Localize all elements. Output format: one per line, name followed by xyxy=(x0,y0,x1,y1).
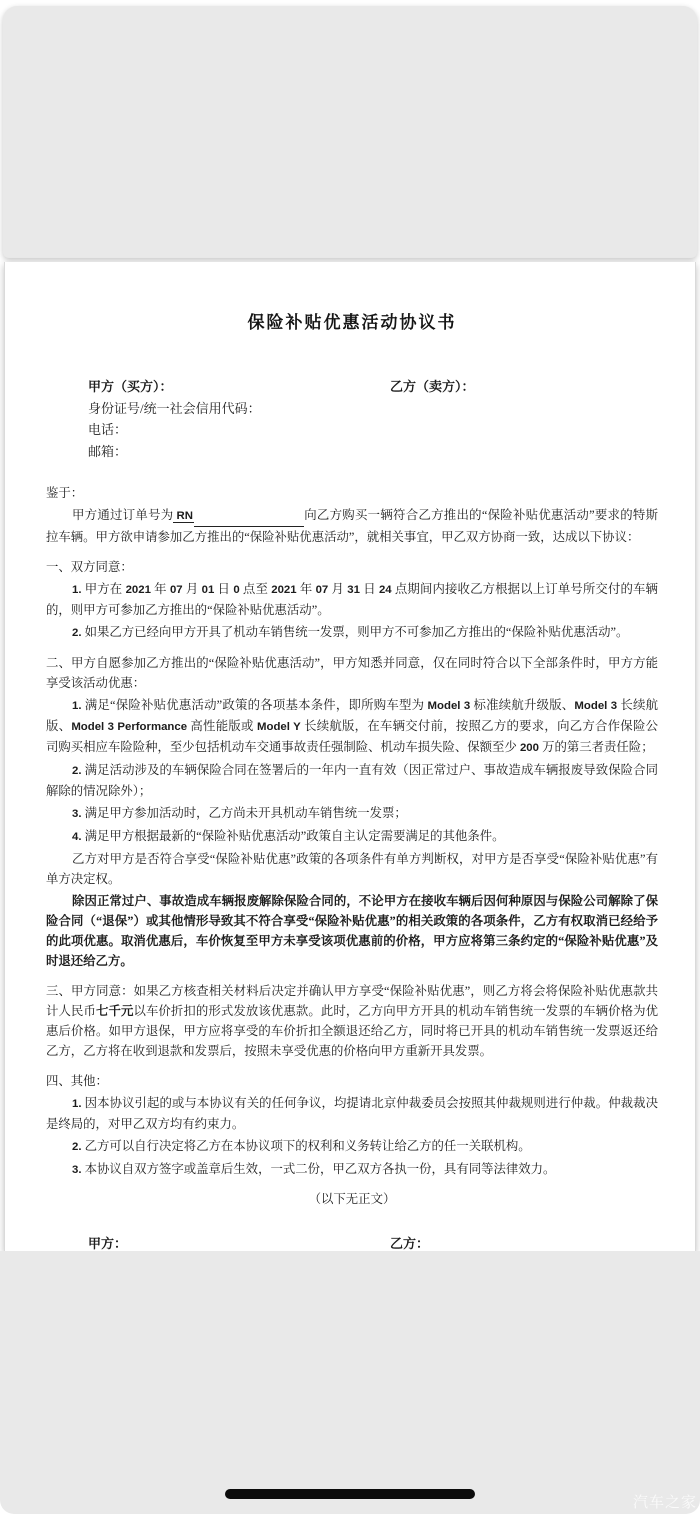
signature-row: 甲方： 乙方： xyxy=(46,1234,658,1251)
latin-text-run: 2. xyxy=(72,765,82,777)
contract-paragraph: 除因正常过户、事故造成车辆报废解除保险合同的，不论甲方在接收车辆后因何种原因与保… xyxy=(46,891,658,971)
contract-paragraph: 2. 满足活动涉及的车辆保险合同在签署后的一年内一直有效（因正常过户、事故造成车… xyxy=(46,760,658,801)
latin-text-run: 4. xyxy=(72,831,82,843)
seller-label: 乙方（卖方）： xyxy=(390,376,658,398)
contract-paragraph: 3. 本协议自双方签字或盖章后生效，一式二份，甲乙双方各执一份，具有同等法律效力… xyxy=(46,1159,658,1180)
contract-paragraph: 乙方对甲方是否符合享受“保险补贴优惠”政策的各项条件有单方判断权，对甲方是否享受… xyxy=(46,849,658,889)
latin-text-run: Model 3 Performance xyxy=(71,721,187,733)
watermark: 汽车之家 xyxy=(633,1491,697,1512)
order-number-blank-line xyxy=(194,514,304,527)
phone-label: 电话： xyxy=(46,419,390,441)
section-paragraph: 四、其他： xyxy=(46,1071,658,1091)
section-paragraph: 二、甲方自愿参加乙方推出的“保险补贴优惠活动”，甲方知悉并同意，仅在同时符合以下… xyxy=(46,653,658,693)
id-number-label: 身份证号/统一社会信用代码： xyxy=(46,398,390,420)
latin-text-run: 2. xyxy=(72,1141,82,1153)
latin-text-run: 2021 xyxy=(271,584,296,596)
latin-text-run: 24 xyxy=(379,584,392,596)
contract-body: 鉴于：甲方通过订单号为RN向乙方购买一辆符合乙方推出的“保险补贴优惠活动”要求的… xyxy=(46,483,658,1209)
contract-paragraph: 甲方通过订单号为RN向乙方购买一辆符合乙方推出的“保险补贴优惠活动”要求的特斯拉… xyxy=(46,505,658,547)
latin-text-run: 200 xyxy=(520,742,539,754)
latin-text-run: Model 3 xyxy=(428,700,471,712)
latin-text-run: 07 xyxy=(170,584,183,596)
latin-text-run: 0 xyxy=(233,584,239,596)
latin-text-run: 1. xyxy=(72,584,82,596)
latin-text-run: 3. xyxy=(72,808,82,820)
document-title: 保险补贴优惠活动协议书 xyxy=(46,308,658,333)
phone-screen: 保险补贴优惠活动协议书 甲方（买方）： 乙方（卖方）： 身份证号/统一社会信用代… xyxy=(0,0,700,1514)
home-indicator[interactable] xyxy=(225,1489,475,1499)
party-a-signature-label: 甲方： xyxy=(46,1234,390,1251)
contract-paragraph: 1. 甲方在 2021 年 07 月 01 日 0 点至 2021 年 07 月… xyxy=(46,579,658,620)
latin-text-run: 1. xyxy=(72,1098,82,1110)
latin-text-run: 31 xyxy=(347,584,360,596)
latin-text-run: 2021 xyxy=(126,584,151,596)
signature-block: 甲方： 乙方： 签字/盖章： 签字/盖章： 日期： 日期： xyxy=(46,1234,658,1251)
latin-text-run: 1. xyxy=(72,700,82,712)
section-paragraph: 三、甲方同意：如果乙方核查相关材料后决定并确认甲方享受“保险补贴优惠”，则乙方将… xyxy=(46,981,658,1061)
contract-paragraph: 2. 如果乙方已经向甲方开具了机动车销售统一发票，则甲方不可参加乙方推出的“保险… xyxy=(46,622,658,643)
latin-text-run: 07 xyxy=(316,584,329,596)
parties-block: 甲方（买方）： 乙方（卖方）： 身份证号/统一社会信用代码： 电话： 邮箱： xyxy=(46,376,658,462)
contract-paragraph: 2. 乙方可以自行决定将乙方在本协议项下的权利和义务转让给乙方的任一关联机构。 xyxy=(46,1136,658,1157)
latin-text-run: Model 3 xyxy=(574,700,617,712)
buyer-label: 甲方（买方）： xyxy=(46,376,390,398)
latin-text-run: 2. xyxy=(72,627,82,639)
party-b-signature-label: 乙方： xyxy=(390,1234,658,1251)
contract-paragraph: （以下无正文） xyxy=(46,1189,658,1209)
parties-row: 邮箱： xyxy=(46,441,658,463)
contract-paragraph: 3. 满足甲方参加活动时，乙方尚未开具机动车销售统一发票； xyxy=(46,803,658,824)
parties-row: 甲方（买方）： 乙方（卖方）： xyxy=(46,376,658,398)
bottom-bar: 汽车之家 xyxy=(0,1251,700,1514)
parties-row: 身份证号/统一社会信用代码： xyxy=(46,398,658,420)
latin-text-run: 3. xyxy=(72,1164,82,1176)
section-paragraph: 一、双方同意： xyxy=(46,557,658,577)
contract-paragraph: 1. 因本协议引起的或与本协议有关的任何争议，均提请北京仲裁委员会按照其仲裁规则… xyxy=(46,1093,658,1134)
contract-paragraph: 鉴于： xyxy=(46,483,658,503)
previous-page-placeholder xyxy=(3,6,697,258)
contract-paragraph: 1. 满足“保险补贴优惠活动”政策的各项基本条件，即所购车型为 Model 3 … xyxy=(46,695,658,758)
latin-text-run: Model Y xyxy=(257,721,301,733)
order-number-prefix: RN xyxy=(173,510,193,523)
parties-row: 电话： xyxy=(46,419,658,441)
contract-paragraph: 4. 满足甲方根据最新的“保险补贴优惠活动”政策自主认定需要满足的其他条件。 xyxy=(46,826,658,847)
document-page[interactable]: 保险补贴优惠活动协议书 甲方（买方）： 乙方（卖方）： 身份证号/统一社会信用代… xyxy=(4,262,696,1251)
latin-text-run: 01 xyxy=(202,584,215,596)
email-label: 邮箱： xyxy=(46,441,390,463)
bold-text-run: 七千元 xyxy=(96,1004,133,1018)
